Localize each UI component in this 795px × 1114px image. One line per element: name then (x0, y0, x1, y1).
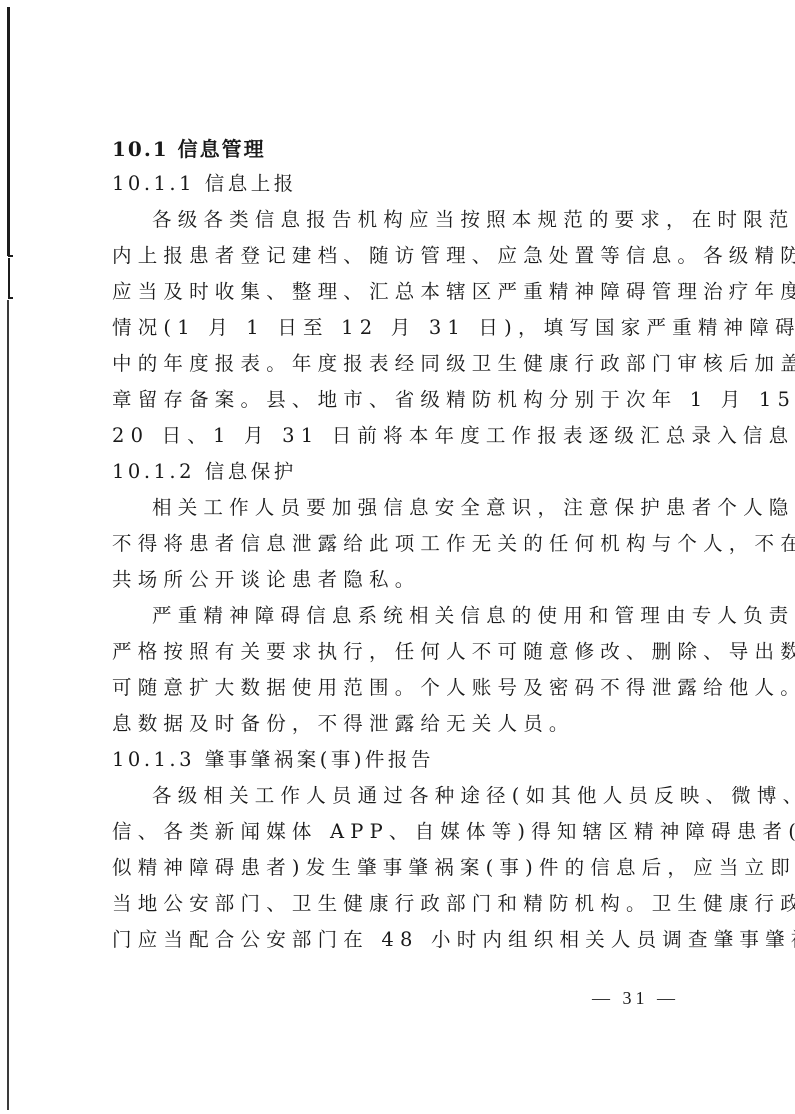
paragraph-line: 各级相关工作人员通过各种途径(如其他人员反映、微博、微 (112, 778, 692, 814)
subsection-title: 10.1.1 信息上报 (112, 166, 692, 202)
paragraph-line: 章留存备案。县、地市、省级精防机构分别于次年 1 月 15 日、1 月 (112, 382, 692, 418)
paragraph-line: 20 日、1 月 31 日前将本年度工作报表逐级汇总录入信息系统。 (112, 418, 692, 454)
paragraph: 各级相关工作人员通过各种途径(如其他人员反映、微博、微 信、各类新闻媒体 APP… (112, 778, 692, 958)
paragraph-line: 似精神障碍患者)发生肇事肇祸案(事)件的信息后，应当立即报告 (112, 850, 692, 886)
paragraph: 严重精神障碍信息系统相关信息的使用和管理由专人负责， 严格按照有关要求执行，任何… (112, 598, 692, 742)
scan-edge-tick (8, 255, 13, 257)
paragraph-line: 情况(1 月 1 日至 12 月 31 日)，填写国家严重精神障碍信息系统 (112, 310, 692, 346)
paragraph-line: 中的年度报表。年度报表经同级卫生健康行政部门审核后加盖公 (112, 346, 692, 382)
paragraph-line: 内上报患者登记建档、随访管理、应急处置等信息。各级精防机构 (112, 238, 692, 274)
page-number: — 31 — (592, 988, 679, 1009)
paragraph-line: 门应当配合公安部门在 48 小时内组织相关人员调查肇事肇祸人 (112, 922, 692, 958)
scan-edge-line (7, 7, 10, 256)
paragraph-line: 当地公安部门、卫生健康行政部门和精防机构。卫生健康行政部 (112, 886, 692, 922)
paragraph: 各级各类信息报告机构应当按照本规范的要求，在时限范围 内上报患者登记建档、随访管… (112, 202, 692, 454)
paragraph-line: 应当及时收集、整理、汇总本辖区严重精神障碍管理治疗年度工作 (112, 274, 692, 310)
paragraph-line: 严重精神障碍信息系统相关信息的使用和管理由专人负责， (112, 598, 692, 634)
paragraph-line: 不得将患者信息泄露给此项工作无关的任何机构与个人，不在公 (112, 526, 692, 562)
document-page: 10.1 信息管理 10.1.1 信息上报 各级各类信息报告机构应当按照本规范的… (112, 132, 692, 958)
scan-edge-tick (8, 297, 13, 299)
paragraph-line: 严格按照有关要求执行，任何人不可随意修改、删除、导出数据，不 (112, 634, 692, 670)
subsection-title: 10.1.3 肇事肇祸案(事)件报告 (112, 742, 692, 778)
scan-edge-line (8, 258, 10, 298)
paragraph-line: 各级各类信息报告机构应当按照本规范的要求，在时限范围 (112, 202, 692, 238)
section-title: 10.1 信息管理 (112, 132, 692, 166)
paragraph: 相关工作人员要加强信息安全意识，注意保护患者个人隐私， 不得将患者信息泄露给此项… (112, 490, 692, 598)
subsection-title: 10.1.2 信息保护 (112, 454, 692, 490)
paragraph-line: 息数据及时备份，不得泄露给无关人员。 (112, 706, 692, 742)
paragraph-line: 信、各类新闻媒体 APP、自媒体等)得知辖区精神障碍患者(或疑 (112, 814, 692, 850)
paragraph-line: 共场所公开谈论患者隐私。 (112, 562, 692, 598)
scan-edge-line (7, 300, 9, 1110)
paragraph-line: 相关工作人员要加强信息安全意识，注意保护患者个人隐私， (112, 490, 692, 526)
paragraph-line: 可随意扩大数据使用范围。个人账号及密码不得泄露给他人。信 (112, 670, 692, 706)
